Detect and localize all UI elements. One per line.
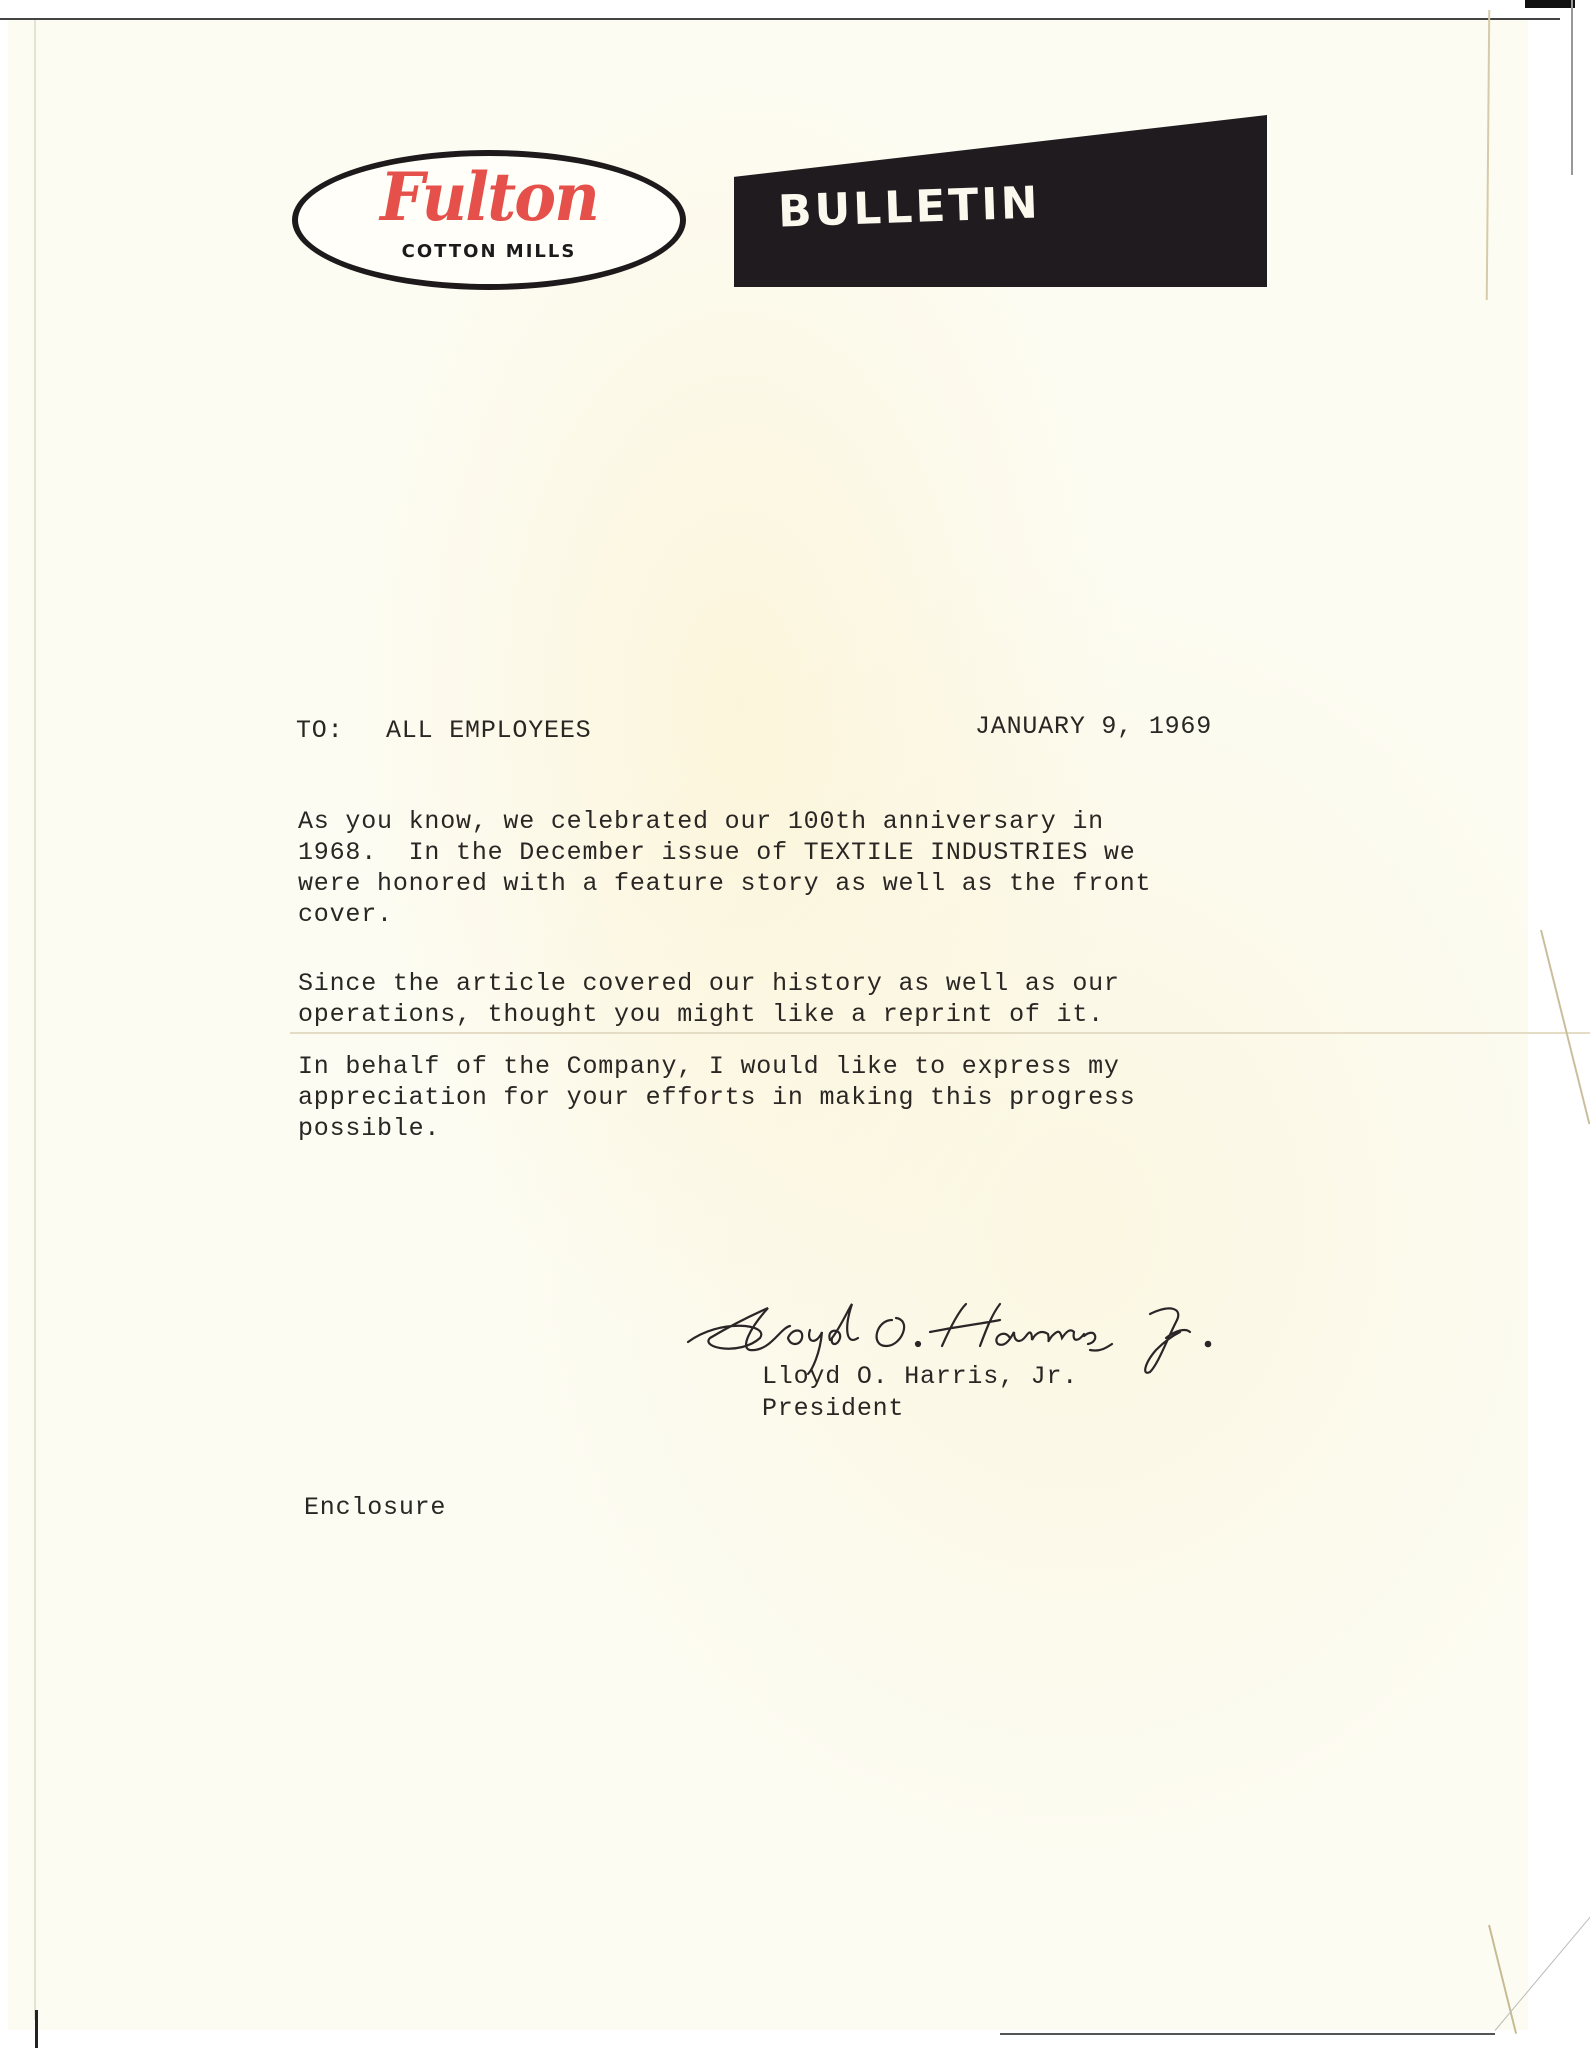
memo-recipient: ALL EMPLOYEES bbox=[386, 715, 591, 746]
memo-to-label: TO: bbox=[296, 715, 343, 746]
scan-top-edge bbox=[0, 18, 1560, 20]
body-paragraph: In behalf of the Company, I would like t… bbox=[298, 1051, 1136, 1144]
scan-corner-mark bbox=[1525, 0, 1575, 8]
logo-subtitle: COTTON MILLS bbox=[298, 241, 680, 262]
enclosure-note: Enclosure bbox=[304, 1492, 446, 1523]
scan-bottom-left-mark bbox=[35, 2010, 38, 2048]
memo-date: JANUARY 9, 1969 bbox=[975, 711, 1212, 742]
logo-brand-name: Fulton bbox=[308, 158, 671, 236]
signatory-name: Lloyd O. Harris, Jr. bbox=[762, 1361, 1078, 1392]
scan-bottom-edge bbox=[1000, 2033, 1495, 2035]
signatory-title: President bbox=[762, 1393, 904, 1424]
company-logo: Fulton COTTON MILLS bbox=[292, 150, 686, 290]
paper-edge-curl bbox=[1540, 930, 1590, 1125]
body-paragraph: Since the article covered our history as… bbox=[298, 968, 1120, 1030]
body-paragraph: As you know, we celebrated our 100th ann… bbox=[298, 806, 1151, 930]
scan-left-edge bbox=[34, 20, 36, 2020]
paper-fold-horizontal bbox=[290, 1032, 1590, 1034]
bulletin-title: BULLETIN bbox=[777, 177, 1041, 237]
scan-right-edge bbox=[1571, 0, 1573, 175]
